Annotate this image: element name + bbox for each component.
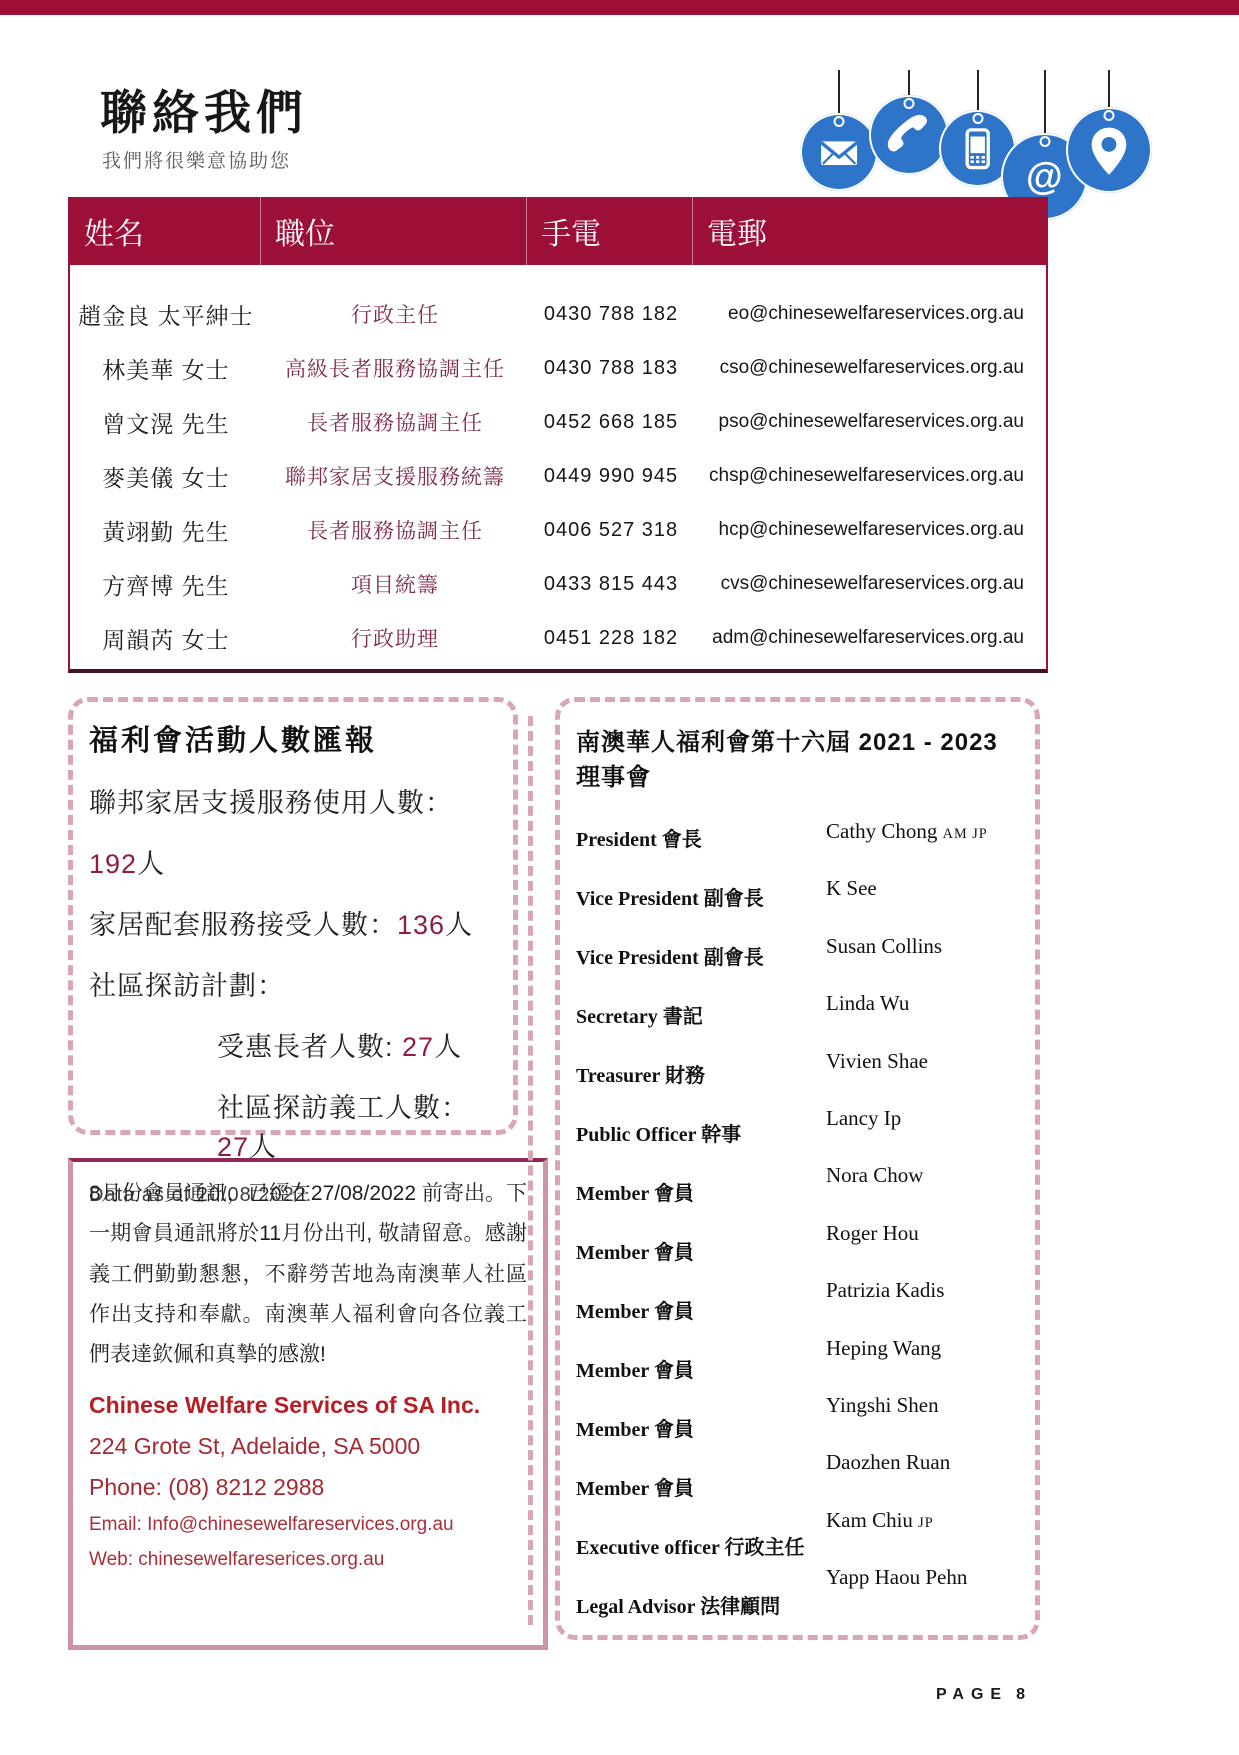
committee-rows: President 會長Cathy Chong AM JPVice Presid…	[576, 808, 1019, 1634]
top-accent-bar	[0, 0, 1239, 15]
org-name: Chinese Welfare Services of SA Inc.	[89, 1392, 527, 1419]
staff-name: 周韻芮 女士	[70, 622, 262, 655]
email-icon	[800, 113, 878, 191]
table-row: 方齊博 先生項目統籌0433 815 443cvs@chinesewelfare…	[70, 557, 1046, 611]
committee-row: Member 會員Roger Hou	[576, 1221, 1019, 1280]
committee-member-name: Nora Chow	[826, 1163, 1019, 1188]
stats-lines: 聯邦家居支援服務使用人數：192人家居配套服務接受人數：136人社區探訪計劃：受…	[89, 781, 497, 1164]
committee-role: Member 會員	[576, 1413, 826, 1442]
staff-email-link[interactable]: cvs@chinesewelfareservices.org.au	[694, 573, 1046, 595]
committee-role-chinese: 會員	[654, 1478, 694, 1500]
staff-phone: 0406 527 318	[528, 519, 694, 542]
phone-tag	[869, 70, 949, 175]
committee-member-name: Linda Wu	[826, 991, 1019, 1016]
committee-row: Member 會員Yingshi Shen	[576, 1398, 1019, 1457]
committee-title: 南澳華人福利會第十六屆 2021 - 2023 理事會	[576, 722, 1019, 792]
newsletter-box: 8月份會員通訊，已經在27/08/2022 前寄出。下一期會員通訊將於11月份出…	[68, 1158, 548, 1650]
staff-phone: 0433 815 443	[528, 573, 694, 596]
committee-role-chinese: 書記	[663, 1006, 703, 1028]
committee-member-name: Yingshi Shen	[826, 1393, 1019, 1418]
committee-row: Member 會員Patrizia Kadis	[576, 1280, 1019, 1339]
committee-member-name: Susan Collins	[826, 934, 1019, 959]
hanging-string	[838, 70, 840, 113]
committee-member-name: K See	[826, 876, 1019, 901]
committee-row: Vice President 副會長Susan Collins	[576, 926, 1019, 985]
committee-row: Member 會員Heping Wang	[576, 1339, 1019, 1398]
committee-role-chinese: 副會長	[704, 888, 764, 910]
stat-text: 人	[445, 910, 473, 940]
committee-role: Member 會員	[576, 1295, 826, 1324]
staff-position: 長者服務協調主任	[262, 407, 528, 437]
committee-box: 南澳華人福利會第十六屆 2021 - 2023 理事會 President 會長…	[555, 697, 1040, 1640]
hanging-string	[1044, 70, 1046, 133]
staff-position: 行政主任	[262, 299, 528, 329]
committee-role-chinese: 財務	[665, 1065, 705, 1087]
stat-number: 27	[402, 1032, 434, 1062]
committee-role: Legal Advisor 法律顧問	[576, 1590, 826, 1619]
staff-phone: 0451 228 182	[528, 627, 694, 650]
stats-line: 受惠長者人數: 27人	[89, 1025, 497, 1064]
stat-number: 192	[89, 849, 137, 879]
stat-text: 人	[434, 1032, 462, 1062]
staff-email-link[interactable]: chsp@chinesewelfareservices.org.au	[694, 465, 1046, 487]
stats-line: 192人	[89, 842, 497, 881]
stat-text: 社區探訪計劃：	[89, 971, 285, 1001]
honorific-suffix: JP	[918, 1515, 934, 1531]
staff-name: 趙金良 太平紳士	[70, 298, 262, 331]
committee-member-name: Yapp Haou Pehn	[826, 1565, 1019, 1590]
stats-line: 家居配套服務接受人數：136人	[89, 903, 497, 942]
committee-member-name: Kam Chiu JP	[826, 1508, 1019, 1533]
page-number-value: 8	[1016, 1686, 1032, 1703]
stats-line: 社區探訪計劃：	[89, 964, 497, 1003]
committee-role: Vice President 副會長	[576, 882, 826, 911]
committee-role-chinese: 行政主任	[724, 1537, 804, 1559]
committee-role: President 會長	[576, 823, 826, 852]
table-row: 麥美儀 女士聯邦家居支援服務統籌0449 990 945chsp@chinese…	[70, 449, 1046, 503]
committee-role: Treasurer 財務	[576, 1059, 826, 1088]
stat-text: 受惠長者人數:	[217, 1032, 402, 1062]
newsletter-page: 聯絡我們 我們將很樂意協助您 @ 姓名 職位 手電	[0, 0, 1239, 1755]
staff-position: 聯邦家居支援服務統籌	[262, 461, 528, 491]
committee-role-chinese: 會長	[662, 829, 702, 851]
stats-line: 社區探訪義工人數：27人	[89, 1086, 497, 1164]
staff-email-link[interactable]: pso@chinesewelfareservices.org.au	[694, 411, 1046, 433]
staff-name: 麥美儀 女士	[70, 460, 262, 493]
committee-row: Member 會員Nora Chow	[576, 1162, 1019, 1221]
committee-role-chinese: 會員	[654, 1242, 694, 1264]
committee-role-chinese: 法律顧問	[700, 1596, 780, 1618]
committee-row: Secretary 書記Linda Wu	[576, 985, 1019, 1044]
committee-role: Executive officer 行政主任	[576, 1531, 826, 1560]
hanging-string	[977, 70, 979, 110]
committee-role-chinese: 副會長	[704, 947, 764, 969]
stat-number: 136	[397, 910, 445, 940]
staff-name: 曾文滉 先生	[70, 406, 262, 439]
location-tag	[1066, 70, 1152, 193]
staff-phone: 0430 788 183	[528, 357, 694, 380]
committee-row: Treasurer 財務Vivien Shae	[576, 1044, 1019, 1103]
committee-member-name: Heping Wang	[826, 1336, 1019, 1361]
page-subtitle: 我們將很樂意協助您	[102, 146, 291, 173]
committee-row: Public Officer 幹事Lancy Ip	[576, 1103, 1019, 1162]
staff-email-link[interactable]: cso@chinesewelfareservices.org.au	[694, 357, 1046, 379]
table-row: 周韻芮 女士行政助理0451 228 182adm@chinesewelfare…	[70, 611, 1046, 665]
column-header-email: 電郵	[692, 197, 1048, 265]
page-number: PAGE8	[936, 1686, 1032, 1704]
stat-text: 社區探訪義工人數：	[217, 1093, 469, 1123]
table-row: 林美華 女士高級長者服務協調主任0430 788 183cso@chinesew…	[70, 341, 1046, 395]
committee-member-name: Vivien Shae	[826, 1049, 1019, 1074]
committee-member-name: Cathy Chong AM JP	[826, 819, 1019, 844]
committee-row: Vice President 副會長K See	[576, 867, 1019, 926]
phone-icon	[869, 95, 949, 175]
stat-text: 家居配套服務接受人數：	[89, 910, 397, 940]
committee-role: Member 會員	[576, 1177, 826, 1206]
table-row: 黃翊勤 先生長者服務協調主任0406 527 318hcp@chinesewel…	[70, 503, 1046, 557]
staff-name: 黃翊勤 先生	[70, 514, 262, 547]
location-icon	[1066, 107, 1152, 193]
committee-role-chinese: 幹事	[701, 1124, 741, 1146]
org-address: 224 Grote St, Adelaide, SA 5000	[89, 1433, 527, 1460]
table-row: 趙金良 太平紳士行政主任0430 788 182eo@chinesewelfar…	[70, 287, 1046, 341]
page-label: PAGE	[936, 1686, 1008, 1703]
hanging-string	[1108, 70, 1110, 107]
staff-phone: 0449 990 945	[528, 465, 694, 488]
committee-role: Secretary 書記	[576, 1000, 826, 1029]
committee-role: Member 會員	[576, 1236, 826, 1265]
stat-text: 人	[137, 849, 165, 879]
stat-text: 聯邦家居支援服務使用人數：	[89, 788, 453, 818]
committee-role-chinese: 會員	[654, 1360, 694, 1382]
staff-name: 林美華 女士	[70, 352, 262, 385]
staff-name: 方齊博 先生	[70, 568, 262, 601]
staff-email-link[interactable]: eo@chinesewelfareservices.org.au	[694, 303, 1046, 325]
column-header-name: 姓名	[68, 197, 260, 265]
staff-table-body: 趙金良 太平紳士行政主任0430 788 182eo@chinesewelfar…	[68, 265, 1048, 673]
committee-member-name: Patrizia Kadis	[826, 1278, 1019, 1303]
committee-row: Legal Advisor 法律顧問Yapp Haou Pehn	[576, 1575, 1019, 1634]
committee-member-name: Lancy Ip	[826, 1106, 1019, 1131]
staff-email-link[interactable]: adm@chinesewelfareservices.org.au	[694, 627, 1046, 649]
committee-role: Public Officer 幹事	[576, 1118, 826, 1147]
column-header-position: 職位	[260, 197, 526, 265]
staff-position: 項目統籌	[262, 569, 528, 599]
stats-line: 聯邦家居支援服務使用人數：	[89, 781, 497, 820]
newsletter-paragraph: 8月份會員通訊，已經在27/08/2022 前寄出。下一期會員通訊將於11月份出…	[89, 1174, 527, 1376]
page-title: 聯絡我們	[100, 76, 308, 143]
staff-email-link[interactable]: hcp@chinesewelfareservices.org.au	[694, 519, 1046, 541]
committee-role-chinese: 會員	[654, 1301, 694, 1323]
org-phone: Phone: (08) 8212 2988	[89, 1474, 527, 1501]
committee-row: President 會長Cathy Chong AM JP	[576, 808, 1019, 867]
activity-stats-box: 福利會活動人數匯報 聯邦家居支援服務使用人數：192人家居配套服務接受人數：13…	[68, 697, 518, 1135]
stats-title: 福利會活動人數匯報	[89, 718, 497, 759]
staff-phone: 0430 788 182	[528, 303, 694, 326]
hanging-string	[908, 70, 910, 95]
honorific-suffix: AM JP	[943, 826, 988, 842]
committee-role: Member 會員	[576, 1472, 826, 1501]
committee-role: Vice President 副會長	[576, 941, 826, 970]
staff-position: 長者服務協調主任	[262, 515, 528, 545]
committee-member-name: Roger Hou	[826, 1221, 1019, 1246]
committee-role-chinese: 會員	[654, 1183, 694, 1205]
committee-member-name: Daozhen Ruan	[826, 1450, 1019, 1475]
staff-position: 高級長者服務協調主任	[262, 353, 528, 383]
staff-contact-table: 姓名 職位 手電 電郵 趙金良 太平紳士行政主任0430 788 182eo@c…	[68, 197, 1048, 673]
table-row: 曾文滉 先生長者服務協調主任0452 668 185pso@chinesewel…	[70, 395, 1046, 449]
table-header: 姓名 職位 手電 電郵	[68, 197, 1048, 265]
svg-text:@: @	[1026, 155, 1063, 197]
committee-role-chinese: 會員	[654, 1419, 694, 1441]
org-email-link[interactable]: Email: Info@chinesewelfareservices.org.a…	[89, 1514, 527, 1536]
committee-role: Member 會員	[576, 1354, 826, 1383]
email-tag	[800, 70, 878, 191]
column-header-phone: 手電	[526, 197, 692, 265]
staff-phone: 0452 668 185	[528, 411, 694, 434]
org-website-link[interactable]: Web: chinesewelfareserices.org.au	[89, 1549, 527, 1571]
staff-position: 行政助理	[262, 623, 528, 653]
